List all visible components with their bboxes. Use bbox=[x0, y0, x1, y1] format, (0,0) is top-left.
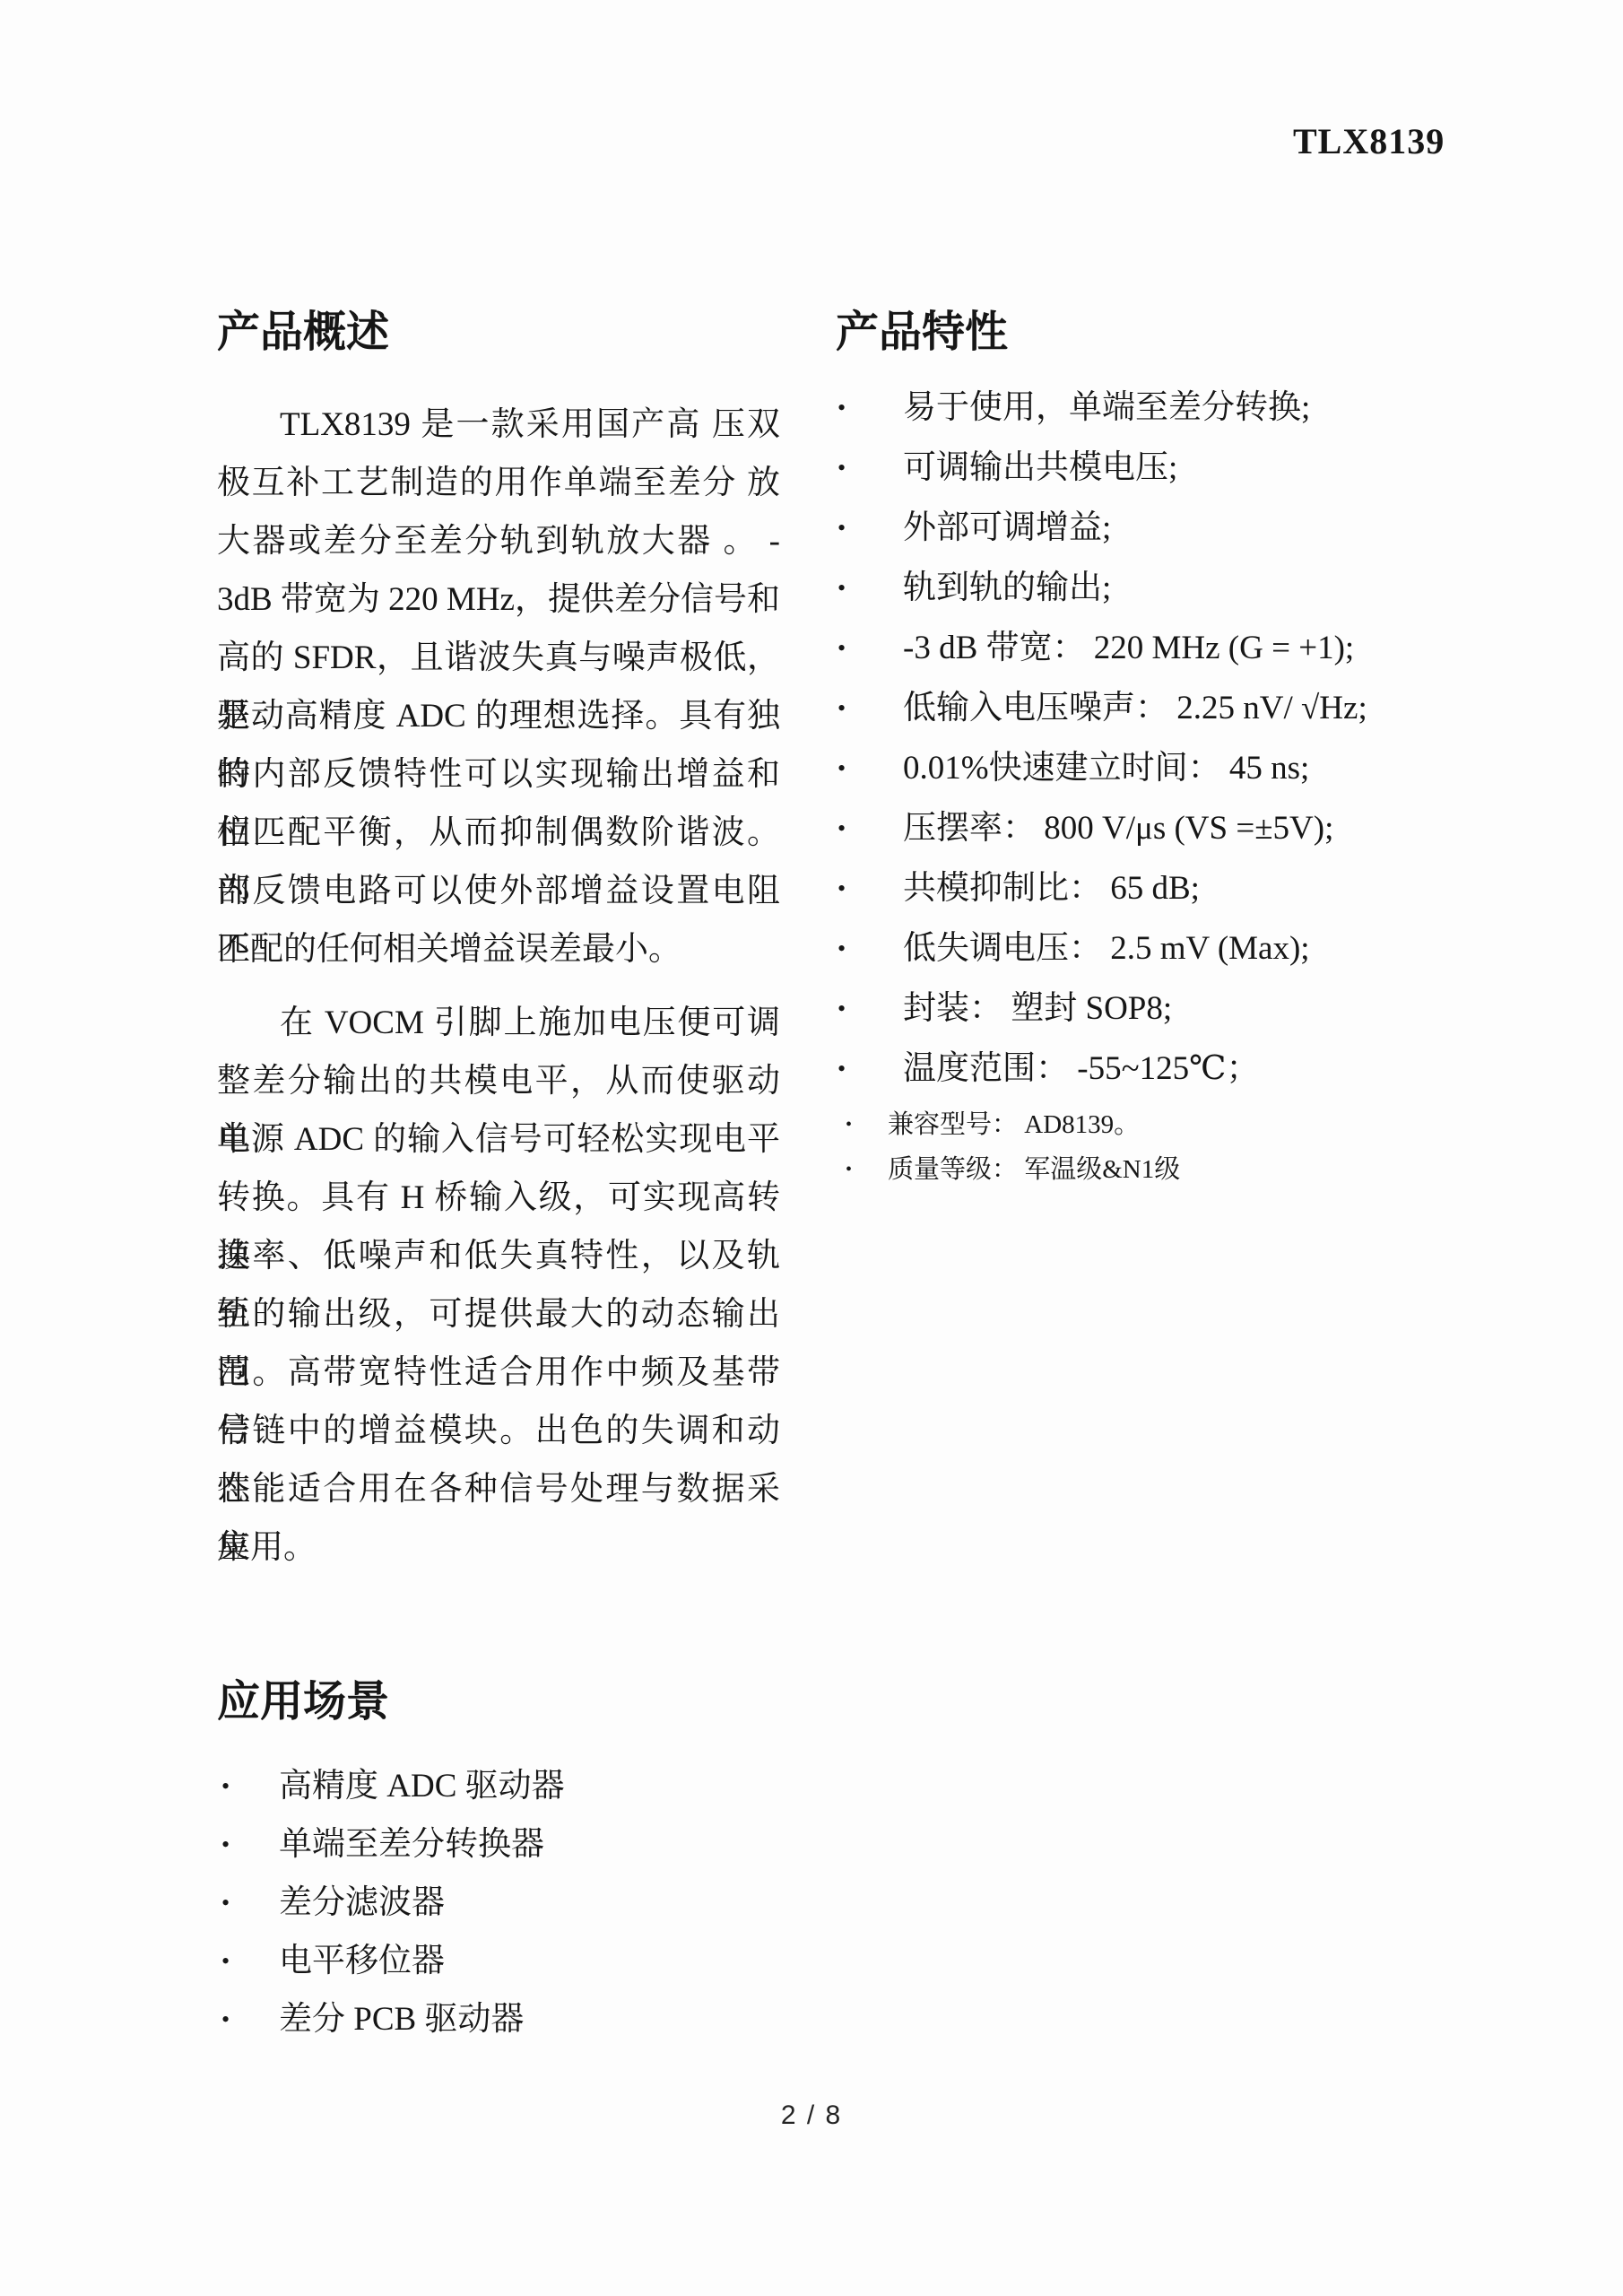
application-list-item: • 差分 PCB 驱动器 bbox=[217, 1990, 780, 2048]
bullet-icon: • bbox=[838, 678, 846, 738]
feature-list-item: • 质量等级： 军温级&N1级 bbox=[836, 1147, 1374, 1192]
bullet-icon: • bbox=[838, 858, 846, 918]
application-item-label: 单端至差分转换器 bbox=[279, 1826, 544, 1863]
overview-text-line: 位匹配平衡，从而抑制偶数阶谐波。内 bbox=[217, 804, 780, 862]
feature-list-item: • 轨到轨的输出; bbox=[836, 558, 1374, 618]
feature-item-label: 0.01%快速建立时间： 45 ns; bbox=[903, 750, 1309, 787]
overview-text-line: 围。高带宽特性适合用作中频及基带信 bbox=[217, 1344, 780, 1402]
feature-list-item: • 易于使用，单端至差分转换; bbox=[836, 378, 1374, 438]
feature-item-label: 质量等级： 军温级&N1级 bbox=[888, 1155, 1180, 1184]
feature-list-item: • 共模抑制比： 65 dB; bbox=[836, 858, 1374, 918]
overview-text-line: 极互补工艺制造的用作单端至差分 放 bbox=[217, 454, 780, 512]
overview-text-line: 轨的输出级，可提供最大的动态输出范 bbox=[217, 1285, 780, 1344]
bullet-icon: • bbox=[838, 498, 846, 558]
overview-text-line: 应用。 bbox=[217, 1518, 780, 1577]
overview-paragraph-1: TLX8139 是一款采用国产高 压双极互补工艺制造的用作单端至差分 放大器或差… bbox=[217, 396, 780, 978]
page-number-indicator: 2 / 8 bbox=[0, 2100, 1623, 2131]
feature-item-label: 外部可调增益; bbox=[903, 509, 1111, 546]
overview-text-line: 匹配的任何相关增益误差最小。 bbox=[217, 920, 780, 978]
bullet-icon: • bbox=[838, 438, 846, 498]
doc-number: TLX8139 bbox=[1293, 120, 1445, 162]
bullet-icon: • bbox=[838, 918, 846, 978]
feature-item-label: 兼容型号： AD8139。 bbox=[888, 1110, 1140, 1139]
bullet-icon: • bbox=[221, 1874, 230, 1932]
left-column: 产品概述 TLX8139 是一款采用国产高 压双极互补工艺制造的用作单端至差分 … bbox=[217, 308, 780, 2048]
feature-item-label: 低失调电压： 2.5 mV (Max); bbox=[903, 930, 1310, 967]
application-list-item: • 电平移位器 bbox=[217, 1932, 780, 1990]
feature-item-label: 共模抑制比： 65 dB; bbox=[903, 870, 1200, 907]
overview-paragraph-2: 在 VOCM 引脚上施加电压便可调整差分输出的共模电平，从而使驱动单电源 ADC… bbox=[217, 994, 780, 1577]
feature-item-label: -3 dB 带宽： 220 MHz (G = +1); bbox=[903, 630, 1354, 666]
application-item-label: 差分滤波器 bbox=[279, 1884, 445, 1921]
datasheet-page: TLX8139 产品概述 TLX8139 是一款采用国产高 压双极互补工艺制造的… bbox=[0, 0, 1623, 2296]
bullet-icon: • bbox=[221, 1815, 230, 1874]
overview-text-line: TLX8139 是一款采用国产高 压双 bbox=[217, 396, 780, 454]
overview-text-line: 3dB 带宽为 220 MHz，提供差分信号和 bbox=[217, 570, 780, 629]
bullet-icon: • bbox=[838, 378, 846, 438]
overview-text-line: 速率、低噪声和低失真特性，以及轨至 bbox=[217, 1227, 780, 1285]
feature-list-item: • 可调输出共模电压; bbox=[836, 438, 1374, 498]
bullet-icon: • bbox=[846, 1147, 852, 1192]
feature-list-item: • 外部可调增益; bbox=[836, 498, 1374, 558]
overview-text-line: 号链中的增益模块。出色的失调和动态 bbox=[217, 1402, 780, 1460]
overview-text-line: 性能适合用在各种信号处理与数据采集 bbox=[217, 1460, 780, 1518]
feature-list-item: • 压摆率： 800 V/μs (VS =±5V); bbox=[836, 798, 1374, 858]
bullet-icon: • bbox=[838, 978, 846, 1039]
feature-list-item: • 兼容型号： AD8139。 bbox=[836, 1102, 1374, 1147]
overview-text-line: 在 VOCM 引脚上施加电压便可调 bbox=[217, 994, 780, 1052]
bullet-icon: • bbox=[221, 1932, 230, 1990]
bullet-icon: • bbox=[838, 798, 846, 858]
feature-list-item: • 低失调电压： 2.5 mV (Max); bbox=[836, 918, 1374, 978]
feature-list-item: • -3 dB 带宽： 220 MHz (G = +1); bbox=[836, 618, 1374, 678]
bullet-icon: • bbox=[846, 1102, 852, 1147]
right-column: 产品特性 • 易于使用，单端至差分转换; • 可调输出共模电压; • 外部可调增… bbox=[836, 308, 1374, 1192]
applications-list: • 高精度 ADC 驱动器 • 单端至差分转换器 • 差分滤波器 • 电平移位器… bbox=[217, 1757, 780, 2048]
overview-text-line: 高的 SFDR，且谐波失真与噪声极低，是 bbox=[217, 629, 780, 687]
bullet-icon: • bbox=[838, 1039, 846, 1099]
overview-text-line: 大器或差分至差分轨到轨放大器 。 - bbox=[217, 512, 780, 570]
overview-text-line: 驱动高精度 ADC 的理想选择。具有独特 bbox=[217, 687, 780, 745]
applications-section-title: 应用场景 bbox=[217, 1677, 780, 1727]
bullet-icon: • bbox=[838, 558, 846, 618]
features-section-title: 产品特性 bbox=[836, 308, 1374, 358]
bullet-icon: • bbox=[221, 1990, 230, 2048]
feature-item-label: 轨到轨的输出; bbox=[903, 570, 1111, 606]
application-list-item: • 差分滤波器 bbox=[217, 1874, 780, 1932]
application-item-label: 差分 PCB 驱动器 bbox=[279, 2001, 524, 2038]
feature-item-label: 低输入电压噪声： 2.25 nV/ √Hz; bbox=[903, 690, 1367, 726]
feature-item-label: 温度范围： -55~125℃； bbox=[903, 1050, 1259, 1087]
overview-text-line: 部反馈电路可以使外部增益设置电阻不 bbox=[217, 862, 780, 920]
bullet-icon: • bbox=[838, 738, 846, 798]
feature-list-item: • 0.01%快速建立时间： 45 ns; bbox=[836, 738, 1374, 798]
application-list-item: • 高精度 ADC 驱动器 bbox=[217, 1757, 780, 1815]
feature-item-label: 封装： 塑封 SOP8; bbox=[903, 990, 1172, 1027]
application-item-label: 电平移位器 bbox=[279, 1943, 445, 1979]
overview-text-line: 转换。具有 H 桥输入级，可实现高转换 bbox=[217, 1169, 780, 1227]
application-list-item: • 单端至差分转换器 bbox=[217, 1815, 780, 1874]
feature-list-item: • 温度范围： -55~125℃； bbox=[836, 1039, 1374, 1099]
feature-item-label: 可调输出共模电压; bbox=[903, 449, 1177, 486]
feature-list-item: • 低输入电压噪声： 2.25 nV/ √Hz; bbox=[836, 678, 1374, 738]
bullet-icon: • bbox=[221, 1757, 230, 1815]
features-list-small: • 兼容型号： AD8139。 • 质量等级： 军温级&N1级 bbox=[836, 1102, 1374, 1192]
feature-list-item: • 封装： 塑封 SOP8; bbox=[836, 978, 1374, 1039]
overview-section-title: 产品概述 bbox=[217, 308, 780, 358]
application-item-label: 高精度 ADC 驱动器 bbox=[279, 1768, 565, 1805]
overview-text-line: 的内部反馈特性可以实现输出增益和相 bbox=[217, 745, 780, 804]
overview-text-line: 电源 ADC 的输入信号可轻松实现电平 bbox=[217, 1110, 780, 1169]
overview-text-line: 整差分输出的共模电平，从而使驱动单 bbox=[217, 1052, 780, 1110]
feature-item-label: 易于使用，单端至差分转换; bbox=[903, 389, 1310, 426]
feature-item-label: 压摆率： 800 V/μs (VS =±5V); bbox=[903, 810, 1333, 847]
features-list: • 易于使用，单端至差分转换; • 可调输出共模电压; • 外部可调增益; • … bbox=[836, 378, 1374, 1099]
bullet-icon: • bbox=[838, 618, 846, 678]
